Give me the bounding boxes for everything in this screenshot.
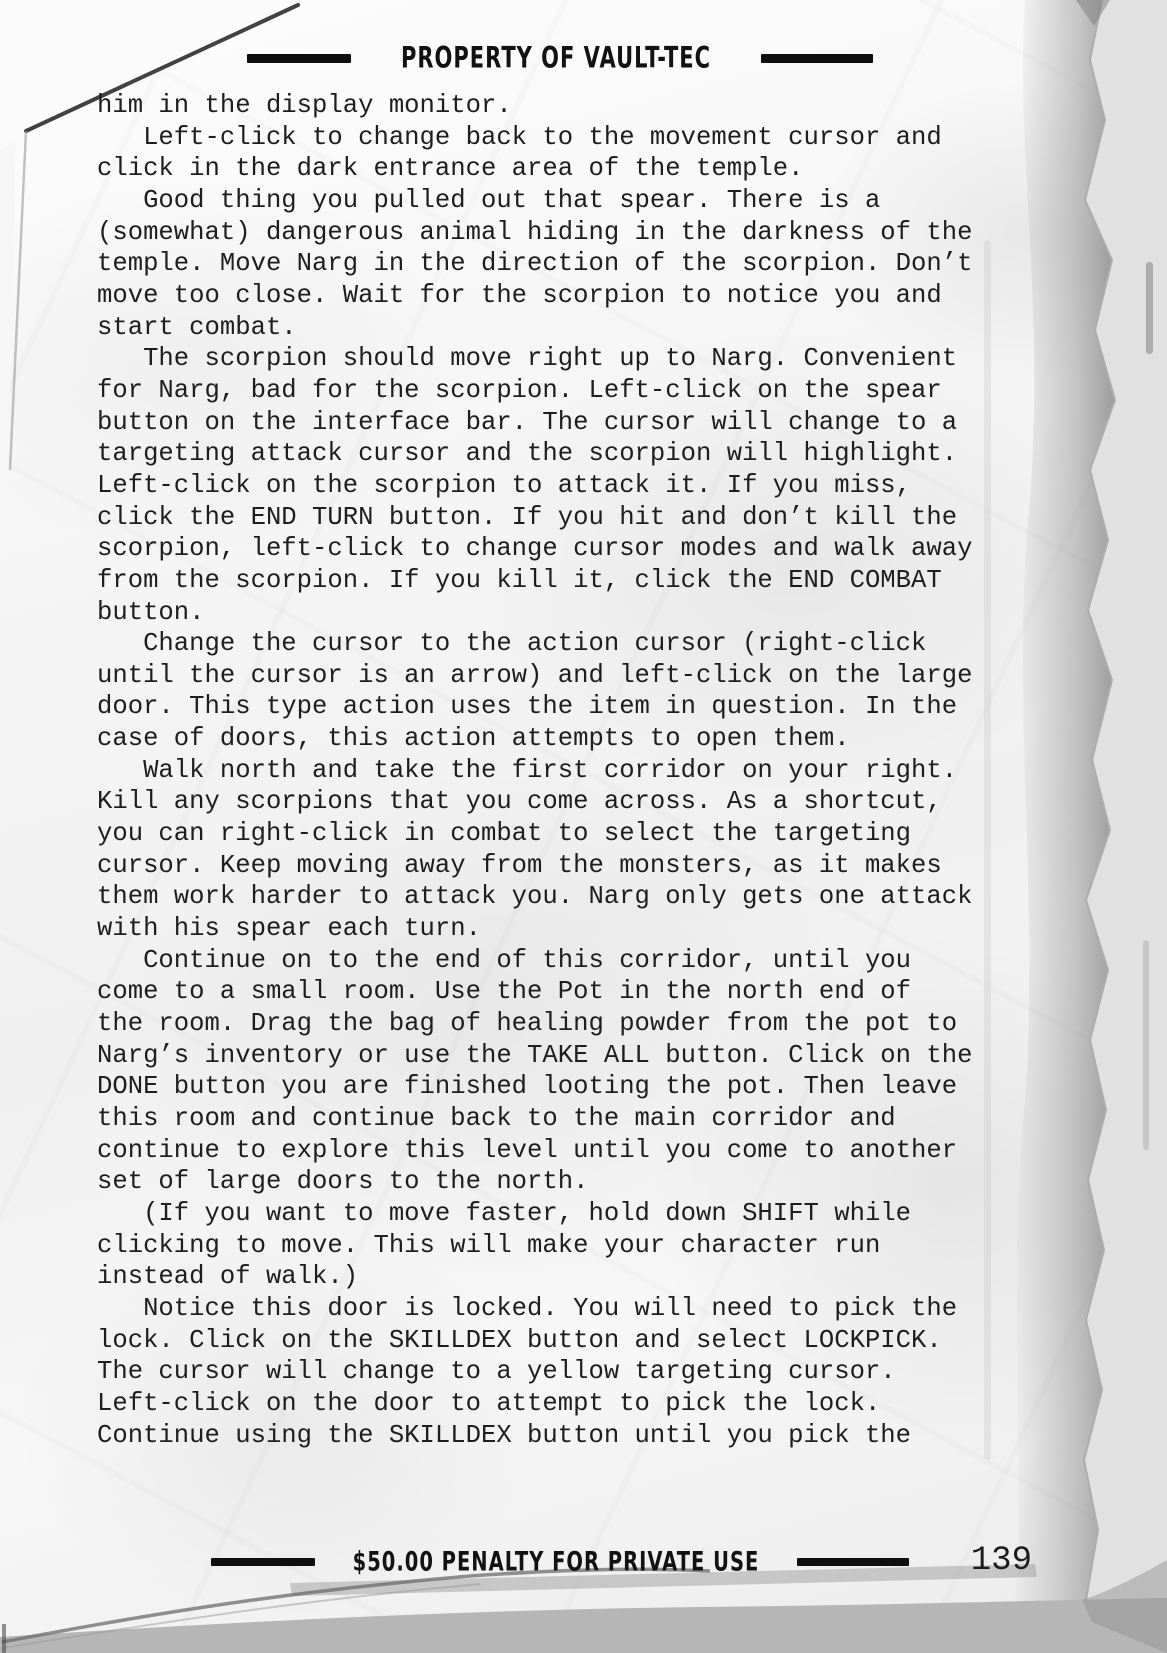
body-line: temple. Move Narg in the direction of th… <box>97 248 1057 280</box>
body-line: case of doors, this action attempts to o… <box>97 723 1057 755</box>
body-line: him in the display monitor. <box>97 90 1057 122</box>
footer-rule-left <box>211 1558 315 1566</box>
body-line: with his spear each turn. <box>97 913 1057 945</box>
body-line: the room. Drag the bag of healing powder… <box>97 1008 1057 1040</box>
body-line: until the cursor is an arrow) and left-c… <box>97 660 1057 692</box>
body-line: Good thing you pulled out that spear. Th… <box>97 185 1057 217</box>
body-line: The scorpion should move right up to Nar… <box>97 343 1057 375</box>
body-line: Kill any scorpions that you come across.… <box>97 786 1057 818</box>
body-line: button on the interface bar. The cursor … <box>97 407 1057 439</box>
body-line: Change the cursor to the action cursor (… <box>97 628 1057 660</box>
footer-rule-right <box>797 1558 909 1566</box>
body-line: instead of walk.) <box>97 1261 1057 1293</box>
body-line: start combat. <box>97 312 1057 344</box>
body-line: Walk north and take the first corridor o… <box>97 755 1057 787</box>
body-line: you can right-click in combat to select … <box>97 818 1057 850</box>
body-line: Continue using the SKILLDEX button until… <box>97 1420 1057 1452</box>
body-line: lock. Click on the SKILLDEX button and s… <box>97 1325 1057 1357</box>
body-line: cursor. Keep moving away from the monste… <box>97 850 1057 882</box>
page-content: PROPERTY OF VAULT-TEC him in the display… <box>0 0 1167 1653</box>
body-line: come to a small room. Use the Pot in the… <box>97 976 1057 1008</box>
body-line: them work harder to attack you. Narg onl… <box>97 881 1057 913</box>
header-stamp-text: PROPERTY OF VAULT-TEC <box>401 41 711 74</box>
body-line: button. <box>97 597 1057 629</box>
body-line: Continue on to the end of this corridor,… <box>97 945 1057 977</box>
body-line: Notice this door is locked. You will nee… <box>97 1293 1057 1325</box>
footer-stamp-text: $50.00 PENALTY FOR PRIVATE USE <box>353 1546 760 1578</box>
body-line: this room and continue back to the main … <box>97 1103 1057 1135</box>
body-line: scorpion, left-click to change cursor mo… <box>97 533 1057 565</box>
page-number: 139 <box>971 1542 1032 1580</box>
penalty-stamp: $50.00 PENALTY FOR PRIVATE USE <box>0 1550 1120 1573</box>
body-line: for Narg, bad for the scorpion. Left-cli… <box>97 375 1057 407</box>
body-line: move too close. Wait for the scorpion to… <box>97 280 1057 312</box>
header-rule-left <box>247 54 351 63</box>
body-line: clicking to move. This will make your ch… <box>97 1230 1057 1262</box>
body-line: door. This type action uses the item in … <box>97 691 1057 723</box>
body-line: click in the dark entrance area of the t… <box>97 153 1057 185</box>
body-line: The cursor will change to a yellow targe… <box>97 1356 1057 1388</box>
body-line: Left-click on the door to attempt to pic… <box>97 1388 1057 1420</box>
body-line: click the END TURN button. If you hit an… <box>97 502 1057 534</box>
body-line: targeting attack cursor and the scorpion… <box>97 438 1057 470</box>
body-line: Narg’s inventory or use the TAKE ALL but… <box>97 1040 1057 1072</box>
vault-tec-stamp: PROPERTY OF VAULT-TEC <box>0 46 1120 70</box>
page-text: him in the display monitor. Left-click t… <box>97 90 1057 1451</box>
manual-page: { "header": { "stamp": "PROPERTY OF VAUL… <box>0 0 1167 1653</box>
body-line: from the scorpion. If you kill it, click… <box>97 565 1057 597</box>
body-line: continue to explore this level until you… <box>97 1135 1057 1167</box>
body-line: Left-click to change back to the movemen… <box>97 122 1057 154</box>
body-line: DONE button you are finished looting the… <box>97 1071 1057 1103</box>
body-line: Left-click on the scorpion to attack it.… <box>97 470 1057 502</box>
body-line: (somewhat) dangerous animal hiding in th… <box>97 217 1057 249</box>
body-line: (If you want to move faster, hold down S… <box>97 1198 1057 1230</box>
body-line: set of large doors to the north. <box>97 1166 1057 1198</box>
header-rule-right <box>761 54 873 63</box>
